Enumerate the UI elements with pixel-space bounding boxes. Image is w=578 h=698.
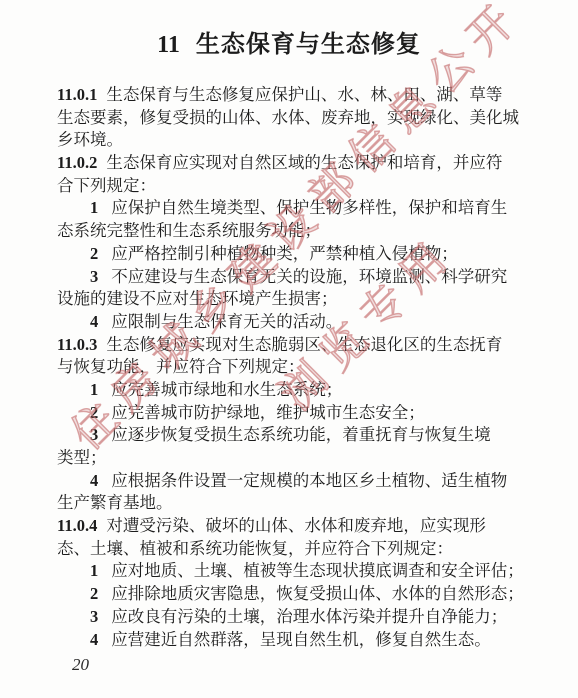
line-text: 与恢复功能，并应符合下列规定： — [57, 357, 305, 376]
text-line: 3应逐步恢复受损生态系统功能，着重抚育与恢复生境 — [57, 424, 523, 447]
line-text: 设施的建设不应对生态环境产生损害； — [57, 289, 338, 308]
line-text: 生产繁育基地。 — [57, 493, 173, 512]
line-text: 态、土壤、植被和系统功能恢复，并应符合下列规定： — [57, 539, 453, 558]
text-line: 2应完善城市防护绿地，维护城市生态安全； — [57, 402, 523, 425]
item-number: 2 — [90, 244, 98, 263]
item-number: 2 — [90, 584, 98, 603]
line-text: 生态要素，修复受损的山体、水体、废弃地，实现绿化、美化城 — [57, 108, 519, 127]
line-text: 应限制与生态保育无关的活动。 — [111, 312, 342, 331]
item-number: 1 — [90, 561, 98, 580]
text-line: 1应对地质、土壤、植被等生态现状摸底调查和安全评估； — [57, 560, 523, 583]
text-line: 4应限制与生态保育无关的活动。 — [57, 311, 523, 334]
text-line-continuation: 乡环境。 — [57, 129, 523, 152]
text-line: 11.0.2生态保育应实现对自然区域的生态保护和培育，并应符 — [57, 152, 523, 175]
chapter-title-text: 生态保育与生态修复 — [196, 32, 421, 58]
clause-number: 11.0.3 — [57, 335, 97, 354]
text-line: 3不应建设与生态保育无关的设施，环境监测、科学研究 — [57, 266, 523, 289]
line-text: 应严格控制引种植物种类，严禁种植入侵植物； — [111, 244, 458, 263]
item-number: 1 — [90, 198, 98, 217]
text-line: 1应保护自然生境类型、保护生物多样性，保护和培育生 — [57, 197, 523, 220]
text-line: 1应完善城市绿地和水生态系统； — [57, 379, 523, 402]
text-line-continuation: 与恢复功能，并应符合下列规定： — [57, 356, 523, 379]
line-text: 对遭受污染、破坏的山体、水体和废弃地，应实现形 — [106, 516, 486, 535]
item-number: 4 — [90, 312, 98, 331]
page-number: 20 — [72, 655, 89, 675]
line-text: 应逐步恢复受损生态系统功能，着重抚育与恢复生境 — [111, 425, 491, 444]
item-number: 4 — [90, 630, 98, 649]
line-text: 应保护自然生境类型、保护生物多样性，保护和培育生 — [111, 198, 507, 217]
clause-number: 11.0.4 — [57, 516, 97, 535]
text-line-continuation: 设施的建设不应对生态环境产生损害； — [57, 288, 523, 311]
item-number: 1 — [90, 380, 98, 399]
chapter-number: 11 — [157, 32, 180, 58]
document-page: 11生态保育与生态修复 11.0.1生态保育与生态修复应保护山、水、林、田、湖、… — [0, 0, 578, 698]
line-text: 应排除地质灾害隐患，恢复受损山体、水体的自然形态； — [111, 584, 524, 603]
line-text: 态系统完整性和生态系统服务功能； — [57, 221, 321, 240]
clause-text-block: 11.0.1生态保育与生态修复应保护山、水、林、田、湖、草等生态要素，修复受损的… — [57, 84, 523, 651]
line-text: 类型； — [57, 448, 107, 467]
clause-number: 11.0.2 — [57, 153, 97, 172]
text-line: 3应改良有污染的土壤，治理水体污染并提升自净能力； — [57, 606, 523, 629]
line-text: 应完善城市绿地和水生态系统； — [111, 380, 342, 399]
text-line-continuation: 态、土壤、植被和系统功能恢复，并应符合下列规定： — [57, 538, 523, 561]
text-line: 11.0.3生态修复应实现对生态脆弱区、生态退化区的生态抚育 — [57, 334, 523, 357]
text-line-continuation: 生产繁育基地。 — [57, 492, 523, 515]
line-text: 应根据条件设置一定规模的本地区乡土植物、适生植物 — [111, 471, 507, 490]
line-text: 乡环境。 — [57, 130, 123, 149]
text-line: 4应营建近自然群落，呈现自然生机，修复自然生态。 — [57, 629, 523, 652]
text-line-continuation: 态系统完整性和生态系统服务功能； — [57, 220, 523, 243]
text-line-continuation: 类型； — [57, 447, 523, 470]
line-text: 不应建设与生态保育无关的设施，环境监测、科学研究 — [111, 267, 507, 286]
item-number: 2 — [90, 403, 98, 422]
line-text: 应营建近自然群落，呈现自然生机，修复自然生态。 — [111, 630, 491, 649]
item-number: 4 — [90, 471, 98, 490]
item-number: 3 — [90, 425, 98, 444]
line-text: 应对地质、土壤、植被等生态现状摸底调查和安全评估； — [111, 561, 524, 580]
item-number: 3 — [90, 607, 98, 626]
text-line: 2应严格控制引种植物种类，严禁种植入侵植物； — [57, 243, 523, 266]
clause-number: 11.0.1 — [57, 85, 97, 104]
line-text: 应完善城市防护绿地，维护城市生态安全； — [111, 403, 425, 422]
text-line: 11.0.1生态保育与生态修复应保护山、水、林、田、湖、草等 — [57, 84, 523, 107]
text-line-continuation: 生态要素，修复受损的山体、水体、废弃地，实现绿化、美化城 — [57, 107, 523, 130]
line-text: 生态保育应实现对自然区域的生态保护和培育，并应符 — [106, 153, 502, 172]
line-text: 生态保育与生态修复应保护山、水、林、田、湖、草等 — [106, 85, 502, 104]
text-line: 4应根据条件设置一定规模的本地区乡土植物、适生植物 — [57, 470, 523, 493]
text-line: 2应排除地质灾害隐患，恢复受损山体、水体的自然形态； — [57, 583, 523, 606]
text-line-continuation: 合下列规定： — [57, 175, 523, 198]
chapter-title: 11生态保育与生态修复 — [0, 24, 578, 59]
line-text: 应改良有污染的土壤，治理水体污染并提升自净能力； — [111, 607, 507, 626]
line-text: 生态修复应实现对生态脆弱区、生态退化区的生态抚育 — [106, 335, 502, 354]
text-line: 11.0.4对遭受污染、破坏的山体、水体和废弃地，应实现形 — [57, 515, 523, 538]
item-number: 3 — [90, 267, 98, 286]
line-text: 合下列规定： — [57, 176, 156, 195]
